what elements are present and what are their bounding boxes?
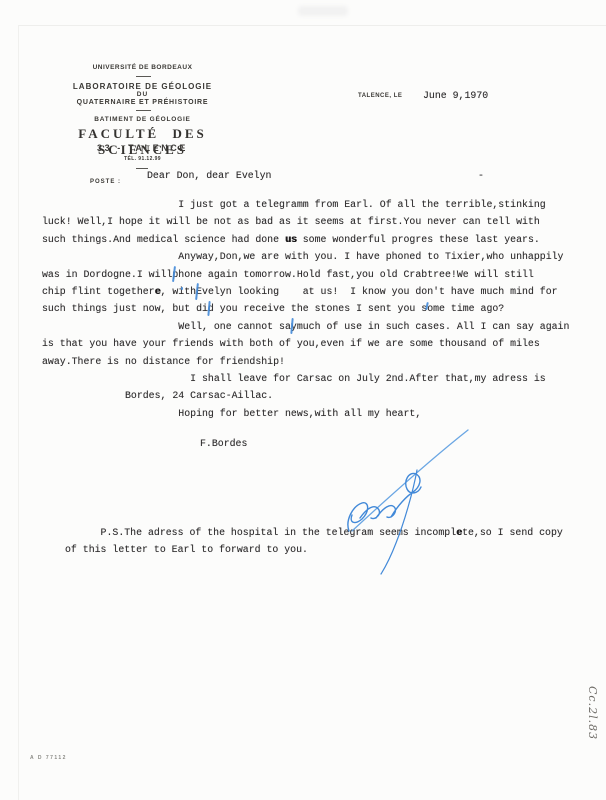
dateline-date: June 9,1970 [423, 90, 488, 101]
ps-line: of this letter to Earl to forward to you… [65, 541, 563, 558]
postscript: P.S.The adress of the hospital in the te… [65, 524, 563, 559]
letterhead-city-code: 33 - TALENCE [45, 143, 240, 153]
ps-line-segment: P.S.The adress of the hospital in the te… [65, 527, 456, 538]
letterhead-lab-line3: QUATERNAIRE ET PRÉHISTOIRE [45, 99, 240, 106]
body-line: Anyway,Don,we are with you. I have phone… [42, 248, 602, 265]
body-line: Bordes, 24 Carsac-Aillac. [42, 387, 602, 404]
typed-signature: F.Bordes [200, 438, 247, 449]
printer-code: A D 77112 [30, 755, 67, 761]
body-line: was in Dordogne.I willphone again tomorr… [42, 266, 602, 283]
scan-smudge [298, 6, 348, 16]
body-line: Hoping for better news,with all my heart… [42, 405, 602, 422]
body-line-segment: such things.And medical science had done [42, 234, 285, 245]
letter-page: UNIVERSITÉ DE BORDEAUX LABORATOIRE DE GÉ… [0, 0, 606, 800]
ps-line: P.S.The adress of the hospital in the te… [65, 524, 563, 541]
ps-line-segment: te,so I send copy [462, 527, 563, 538]
body-line: such things.And medical science had done… [42, 231, 602, 248]
letterhead-lab-line1: LABORATOIRE DE GÉOLOGIE [45, 82, 240, 91]
overstruck-text: us [285, 234, 297, 245]
body-line: I just got a telegramm from Earl. Of all… [42, 196, 602, 213]
body-line-segment: , withEvelyn looking at us! I know you d… [161, 286, 558, 297]
dateline-place: TALENCE, LE [358, 93, 402, 99]
letter-body: I just got a telegramm from Earl. Of all… [42, 196, 602, 422]
letterhead-divider [136, 168, 148, 169]
body-line: away.There is no distance for friendship… [42, 353, 602, 370]
letterhead-faculty: FACULTÉ DES SCIENCES [45, 126, 240, 158]
letterhead-lab-line2: DU [45, 91, 240, 98]
body-line: I shall leave for Carsac on July 2nd.Aft… [42, 370, 602, 387]
body-line: chip flint togethere, withEvelyn looking… [42, 283, 602, 300]
pen-dot-mark [181, 287, 183, 290]
body-line: Well, one cannot saymuch of use in such … [42, 318, 602, 335]
body-line-segment: chip flint together [42, 286, 155, 297]
salutation-dash: - [478, 170, 484, 181]
page-edge-left [18, 25, 19, 800]
body-line: luck! Well,I hope it will be not as bad … [42, 213, 602, 230]
letterhead-divider [136, 110, 151, 111]
body-line-segment: some wonderful progres these last years. [297, 234, 540, 245]
letterhead-divider [136, 76, 151, 77]
letterhead-building: BATIMENT DE GÉOLOGIE [45, 116, 240, 123]
poste-label: POSTE : [90, 179, 121, 185]
archive-code-handwritten: Cc.2l.83 [586, 686, 599, 740]
letterhead-phone: TÉL. 91.12.99 [45, 156, 240, 162]
page-edge-top [18, 25, 606, 26]
body-line: is that you have your friends with both … [42, 335, 602, 352]
salutation: Dear Don, dear Evelyn [147, 170, 271, 181]
letterhead-university: UNIVERSITÉ DE BORDEAUX [45, 64, 240, 71]
body-line: such things just now, but did you receiv… [42, 300, 602, 317]
